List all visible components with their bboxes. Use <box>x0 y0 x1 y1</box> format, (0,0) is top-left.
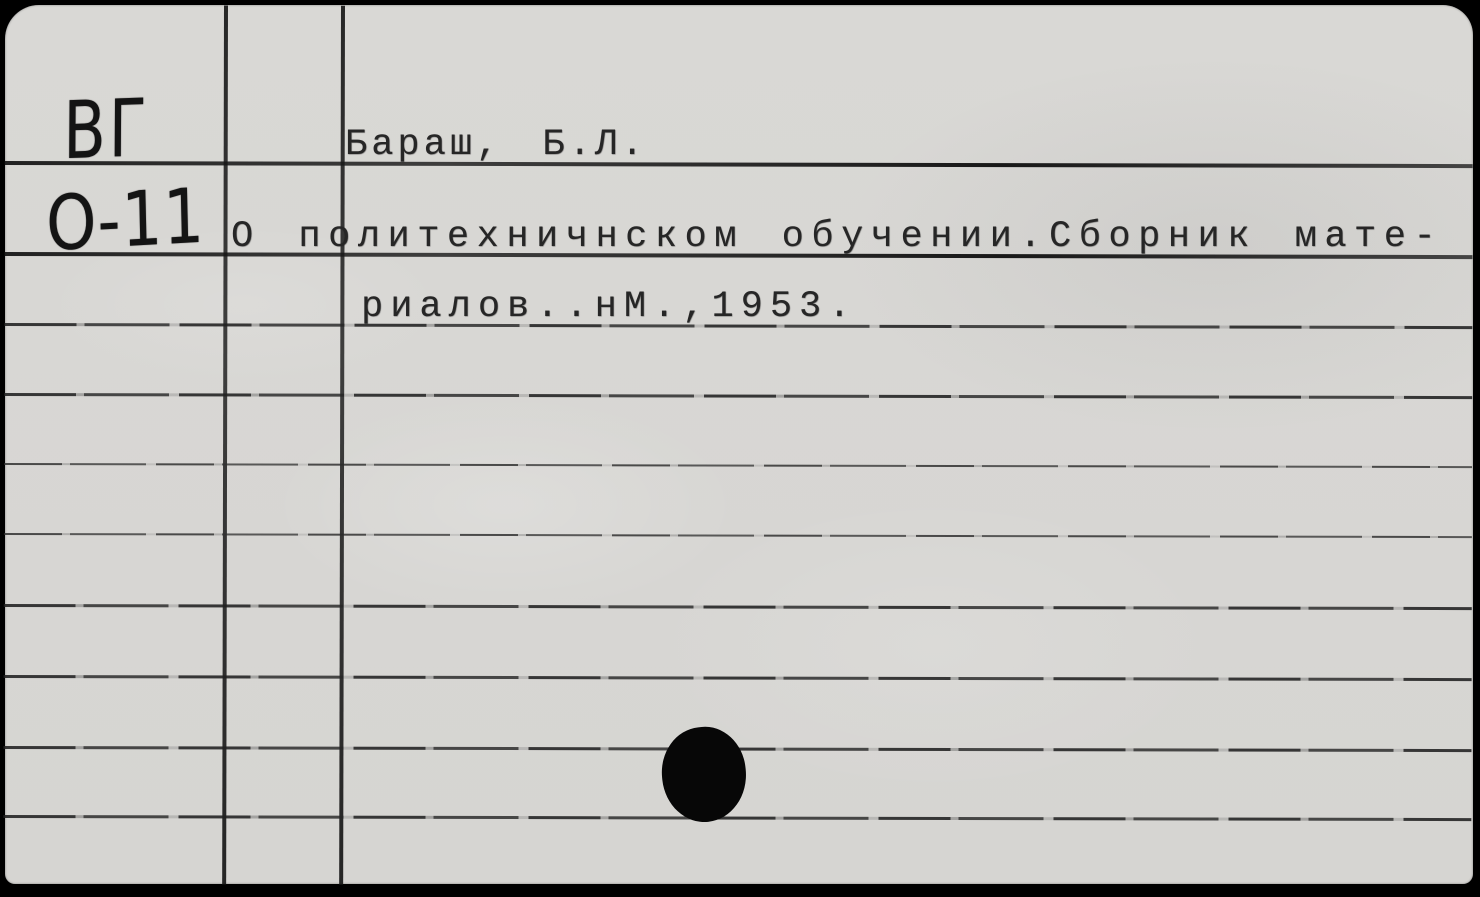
catalog-card-scan: ВГ О-11 Бараш, Б.Л. О политехничнском об… <box>0 0 1480 897</box>
catalog-card: ВГ О-11 Бараш, Б.Л. О политехничнском об… <box>5 5 1473 884</box>
call-number-class-mark: ВГ <box>63 89 150 171</box>
author-heading: Бараш, Б.Л. <box>345 127 647 164</box>
call-number-author-mark: О-11 <box>45 179 205 263</box>
title-line-1: О политехничнском обучении.Сборник мате- <box>231 219 1443 256</box>
title-line-2: риалов..нМ.,1953. <box>361 289 857 326</box>
column-rule-left <box>222 5 228 884</box>
